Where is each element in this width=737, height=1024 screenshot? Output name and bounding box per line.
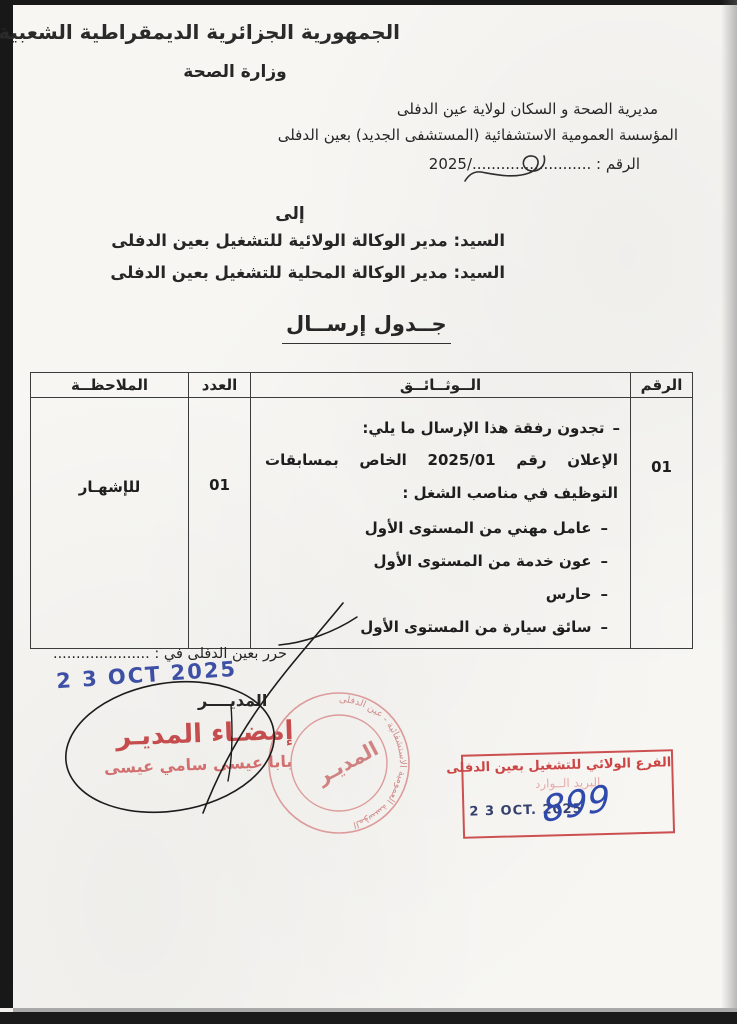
republic-title: الجمهورية الجزائرية الديمقراطية الشعبية <box>95 20 400 44</box>
scan-edge-bottom <box>0 1012 737 1024</box>
cell-row-number: 01 <box>631 398 693 649</box>
ministry-title: وزارة الصحة <box>140 62 330 82</box>
handwritten-ref-ink <box>448 146 558 186</box>
handwritten-signature-ink <box>35 585 375 825</box>
list-item: – عون خدمة من المستوى الأول <box>265 545 608 578</box>
scan-edge-right-shadow <box>721 0 737 1024</box>
establishment-line: المؤسسة العمومية الاستشفائية (المستشفى ا… <box>278 126 678 144</box>
addressee-local-agency: السيد: مدير الوكالة المحلية للتشغيل بعين… <box>110 263 505 282</box>
scan-edge-top <box>0 0 737 5</box>
table-header-row: الرقم الــوثــائــق العدد الملاحظــة <box>31 373 693 398</box>
header-number: الرقم <box>631 373 693 398</box>
dash-bullet: – <box>601 512 609 545</box>
documents-intro: – تجدون رفقة هذا الإرسال ما يلي: <box>265 414 620 442</box>
dash-bullet: – <box>601 545 609 578</box>
dash-bullet: – <box>613 414 621 442</box>
dash-bullet: – <box>601 578 609 611</box>
page-title: جــدول إرســال <box>282 312 451 344</box>
header-documents: الــوثــائــق <box>251 373 631 398</box>
header-count: العدد <box>189 373 251 398</box>
list-item-text: سائق سيارة من المستوى الأول <box>360 611 591 644</box>
scanned-document-page: الجمهورية الجزائرية الديمقراطية الشعبية … <box>0 0 737 1024</box>
to-label: إلى <box>270 204 310 224</box>
list-item: – عامل مهني من المستوى الأول <box>265 512 608 545</box>
documents-intro-text: تجدون رفقة هذا الإرسال ما يلي: <box>362 414 604 442</box>
directorate-line: مديرية الصحة و السكان لولاية عين الدفلى <box>397 100 658 118</box>
list-item-text: عون خدمة من المستوى الأول <box>373 545 591 578</box>
list-item-text: حارس <box>546 578 592 611</box>
list-item-text: عامل مهني من المستوى الأول <box>365 512 592 545</box>
announcement-text: الإعلان رقم 2025/01 الخاص بمسابقات التوظ… <box>265 444 618 510</box>
scan-edge-left <box>0 0 13 1008</box>
header-note: الملاحظــة <box>31 373 189 398</box>
dash-bullet: – <box>601 611 609 644</box>
addressee-provincial-agency: السيد: مدير الوكالة الولائية للتشغيل بعي… <box>111 231 505 250</box>
